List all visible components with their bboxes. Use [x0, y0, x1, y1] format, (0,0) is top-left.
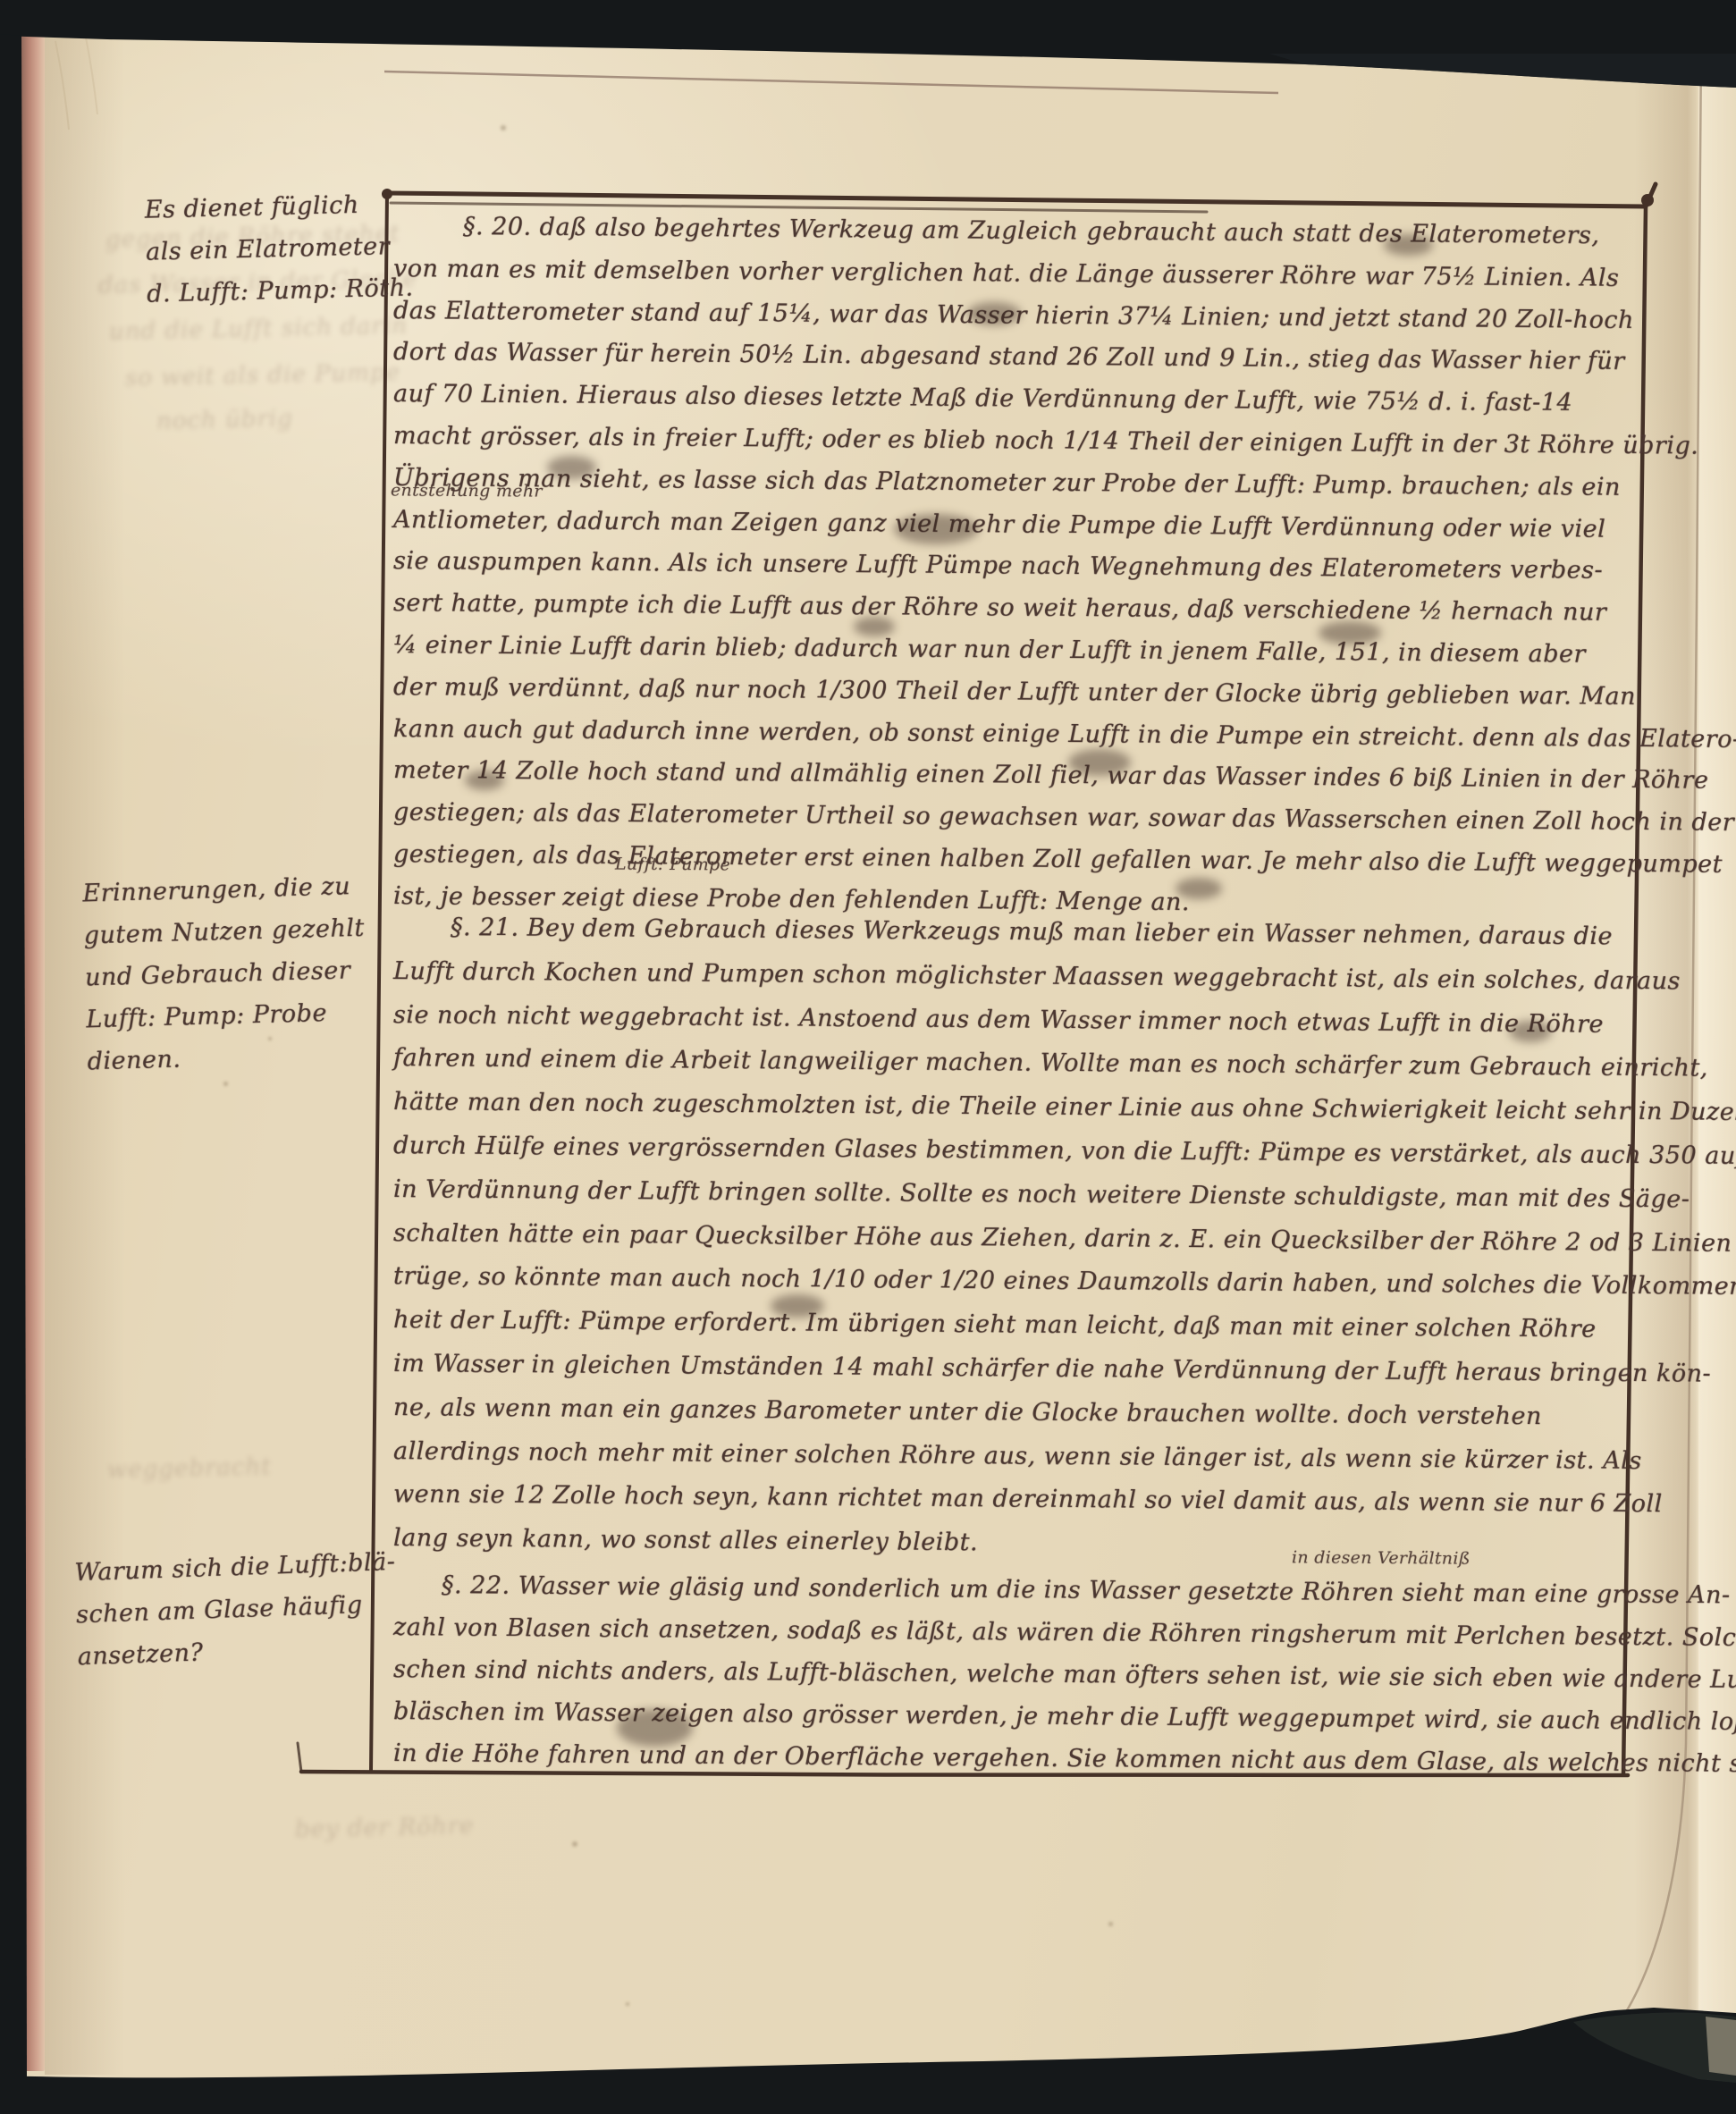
manuscript-text-line: zahl von Blasen sich ansetzen, sodaß es … — [393, 1613, 1736, 1653]
margin-note-line: dienen. — [87, 1033, 368, 1083]
ink-smudge — [1509, 1021, 1552, 1042]
ink-smudge — [771, 1294, 824, 1318]
ink-smudge — [967, 302, 1021, 325]
manuscript-text-line: auf 70 Linien. Hieraus also dieses letzt… — [393, 380, 1572, 417]
manuscript-text-line: von man es mit demselben vorher verglich… — [393, 255, 1620, 292]
manuscript-text-line: §. 22. Wasser wie gläsig und sonderlich … — [442, 1571, 1731, 1609]
manuscript-text-line: dort das Wasser für herein 50½ Lin. abge… — [393, 338, 1625, 375]
manuscript-text-line: macht grösser, als in freier Lufft; oder… — [393, 422, 1699, 459]
manuscript-text-line: Lufft durch Kochen und Pumpen schon mögl… — [393, 957, 1681, 995]
manuscript-text-line: hätte man den noch zugeschmolzten ist, d… — [393, 1088, 1736, 1126]
ink-smudge — [1068, 749, 1131, 776]
scanned-manuscript-photo: { "document_kind": "18th-century German … — [0, 0, 1736, 2114]
manuscript-text-line: kann auch gut dadurch inne werden, ob so… — [393, 715, 1736, 754]
manuscript-text-line: trüge, so könnte man auch noch 1/10 oder… — [393, 1262, 1736, 1301]
ink-smudge — [617, 1709, 693, 1747]
interlinear-insertion: Lufft: Pümpe — [615, 855, 730, 875]
manuscript-text-line: sie auspumpen kann. Als ich unsere Lufft… — [393, 547, 1603, 585]
manuscript-text-line: gestiegen; als das Elaterometer Urtheil … — [393, 798, 1736, 838]
manuscript-text-line: ¼ einer Linie Lufft darin blieb; dadurch… — [393, 631, 1586, 668]
interlinear-insertion: in diesen Verhältniß — [1292, 1547, 1471, 1568]
manuscript-text-line: allerdings noch mehr mit einer solchen R… — [393, 1437, 1642, 1475]
manuscript-text-line: Antliometer, dadurch man Zeigen ganz vie… — [393, 506, 1605, 543]
margin-note-1: Es dienet füglichals ein Elatrometerd. L… — [144, 182, 414, 315]
margin-note-line: Es dienet füglich — [144, 182, 411, 231]
manuscript-text-line: wenn sie 12 Zolle hoch seyn, kann richte… — [393, 1480, 1663, 1518]
manuscript-text-line: ne, als wenn man ein ganzes Barometer un… — [393, 1394, 1542, 1430]
ink-smudge — [854, 617, 895, 636]
manuscript-text-line: bläschen im Wasser zeigen also grösser w… — [393, 1697, 1736, 1737]
handwriting-layer: Es dienet füglichals ein Elatrometerd. L… — [0, 0, 1736, 2114]
ink-smudge — [547, 456, 596, 479]
margin-note-3: Warum sich die Lufft:blä-schen am Glase … — [74, 1541, 400, 1678]
ink-smudge — [1384, 234, 1433, 256]
manuscript-text-line: der muß verdünnt, daß nur noch 1/300 The… — [393, 673, 1636, 711]
manuscript-text-line: durch Hülfe eines vergrössernden Glases … — [393, 1132, 1736, 1170]
manuscript-text-line: meter 14 Zolle hoch stand und allmählig … — [393, 756, 1709, 795]
manuscript-text-line: in die Höhe fahren und an der Oberfläche… — [393, 1739, 1736, 1778]
margin-note-line: d. Lufft: Pump: Röth. — [147, 266, 414, 315]
manuscript-text-line: schalten hätte ein paar Quecksilber Höhe… — [393, 1219, 1736, 1258]
manuscript-text-line: in Verdünnung der Lufft bringen sollte. … — [393, 1175, 1690, 1213]
margin-note-line: als ein Elatrometer — [145, 224, 412, 273]
ink-smudge — [1176, 878, 1222, 899]
manuscript-text-line: sie noch nicht weggebracht ist. Anstoend… — [393, 1001, 1604, 1039]
manuscript-text-line: schen sind nichts anders, als Lufft-bläs… — [393, 1655, 1736, 1694]
manuscript-text-line: lang seyn kann, wo sonst alles einerley … — [393, 1524, 978, 1556]
margin-note-2: Erinnerungen, die zugutem Nutzen gezehlt… — [82, 865, 369, 1083]
manuscript-text-line: sert hatte, pumpte ich die Lufft aus der… — [393, 589, 1606, 627]
manuscript-text-line: im Wasser in gleichen Umständen 14 mahl … — [393, 1350, 1711, 1388]
manuscript-text-line: fahren und einem die Arbeit langweiliger… — [393, 1044, 1708, 1082]
ink-smudge — [465, 771, 504, 790]
manuscript-text-line: gestiegen, als das Elaterometer erst ein… — [393, 840, 1723, 879]
ink-smudge — [1319, 621, 1381, 644]
ink-smudge — [894, 514, 979, 544]
manuscript-text-line: §. 21. Bey dem Gebrauch dieses Werkzeugs… — [451, 914, 1613, 950]
interlinear-insertion: entstehung mehr — [391, 480, 543, 501]
manuscript-text-line: ist, je besser zeigt diese Probe den feh… — [393, 882, 1190, 916]
manuscript-text-line: heit der Lufft: Pümpe erfordert. Im übri… — [393, 1306, 1597, 1343]
